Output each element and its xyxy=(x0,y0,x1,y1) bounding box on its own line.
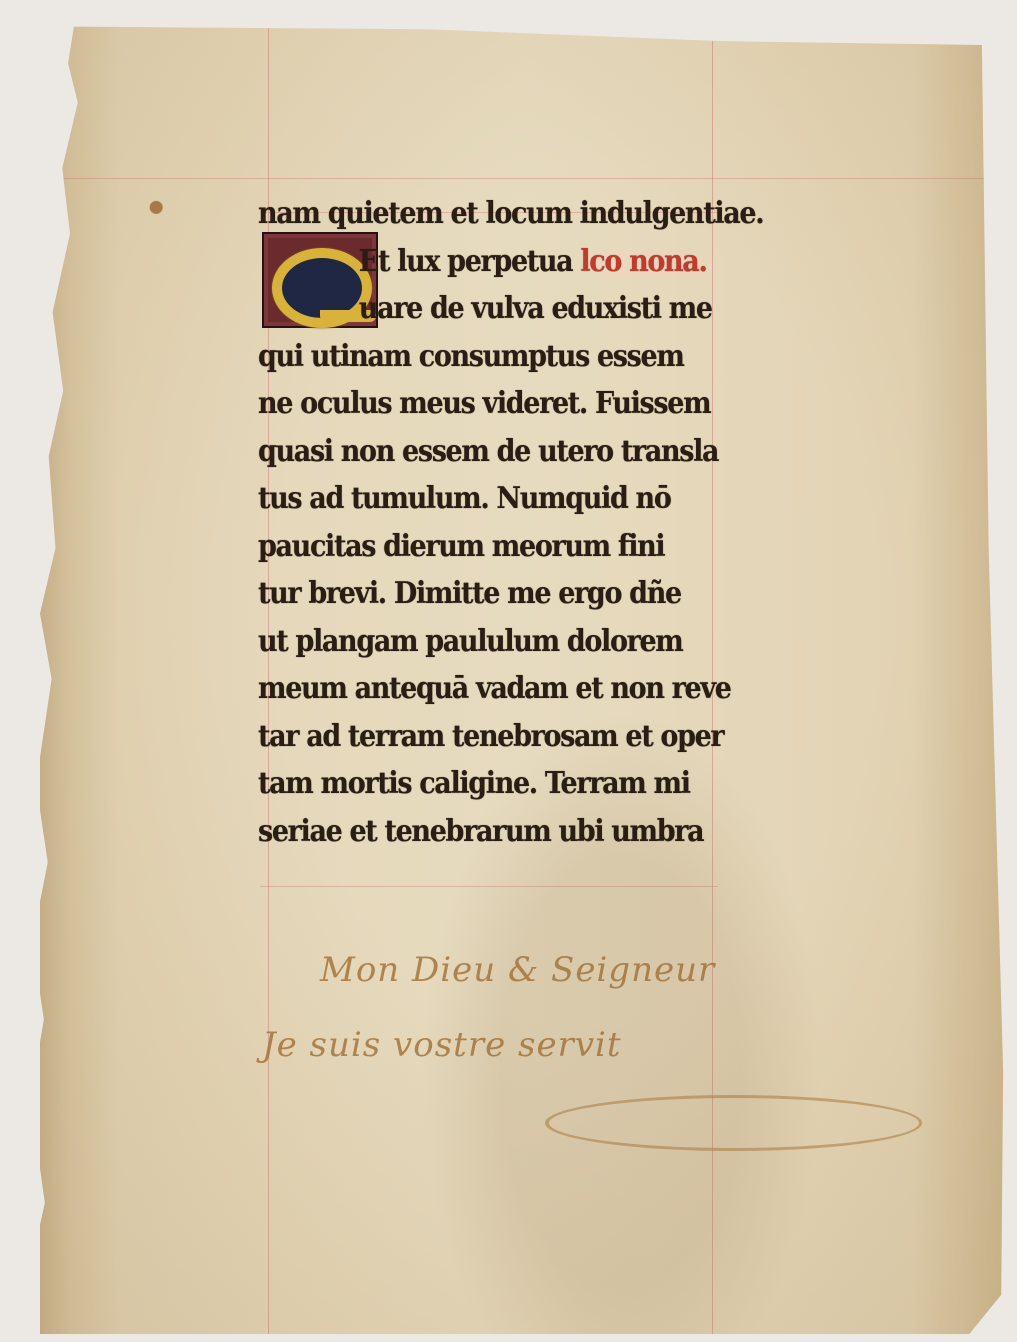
text-line: tam mortis caligine. Terram mi xyxy=(258,760,690,808)
signature-flourish xyxy=(545,1095,922,1151)
text-line: tar ad terram tenebrosam et oper xyxy=(258,713,690,761)
annotation-line-2: Je suis vostre servit xyxy=(262,1025,622,1065)
text-line: ne oculus meus videret. Fuissem xyxy=(258,380,690,428)
gothic-text-block: nam quietem et locum indulgentiae. Et lu… xyxy=(258,190,738,855)
text-line: paucitas dierum meorum fini xyxy=(258,523,690,571)
annotation-line-1: Mon Dieu & Seigneur xyxy=(320,950,715,990)
text-line: uare de vulva eduxisti me xyxy=(258,285,690,333)
text-line: quasi non essem de utero transla xyxy=(258,428,690,476)
rubric-text: lco nona. xyxy=(572,244,706,279)
ruling-line-bottom xyxy=(260,886,718,887)
ruling-line-top xyxy=(40,178,1008,179)
text-line: qui utinam consumptus essem xyxy=(258,333,690,381)
text-line: ut plangam paululum dolorem xyxy=(258,618,690,666)
text-segment: Et lux perpetua xyxy=(359,244,573,279)
text-line: tur brevi. Dimitte me ergo dñe xyxy=(258,570,690,618)
text-line: meum antequā vadam et non reve xyxy=(258,665,690,713)
text-line: seriae et tenebrarum ubi umbra xyxy=(258,808,690,856)
text-line: nam quietem et locum indulgentiae. xyxy=(258,190,690,238)
text-line: Et lux perpetua lco nona. xyxy=(258,238,690,286)
text-line: tus ad tumulum. Numquid nō xyxy=(258,475,690,523)
